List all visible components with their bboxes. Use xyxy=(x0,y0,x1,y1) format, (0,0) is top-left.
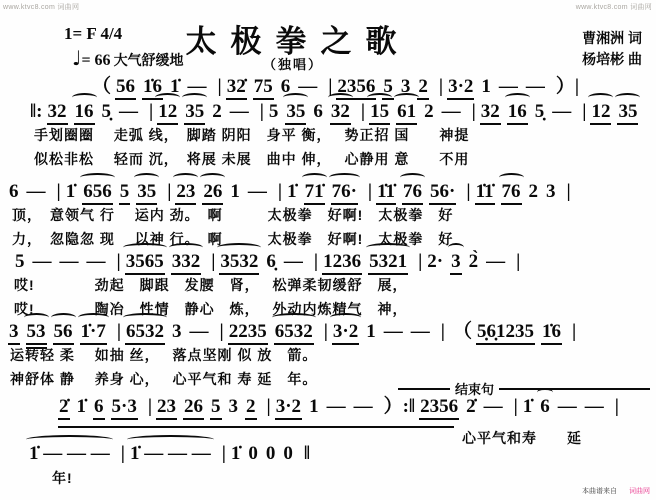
note-token: 1̇ xyxy=(65,181,77,203)
note-token: 3 xyxy=(8,321,20,345)
note-token: 35 xyxy=(184,101,205,125)
note-token: | xyxy=(219,321,225,343)
note-token: ‖ xyxy=(303,443,311,465)
note-token: 5̣ xyxy=(534,101,546,123)
note-token: 3565 xyxy=(125,251,165,275)
note-token: ‖: xyxy=(29,101,44,123)
note-token: — xyxy=(441,101,462,123)
note-token: | xyxy=(266,396,272,418)
note-token: 32 xyxy=(480,101,501,125)
note-token: 5 xyxy=(268,101,280,123)
note-token: 32 xyxy=(47,101,68,125)
note-token: | xyxy=(471,101,477,123)
note-token: 3 xyxy=(450,251,462,275)
note-token: — xyxy=(383,321,404,343)
note-token: 6 xyxy=(312,101,324,123)
note-token: 6 xyxy=(539,396,551,418)
note-token: 2 xyxy=(417,76,429,100)
note-token: | xyxy=(217,76,223,98)
music-line-4: 5———|3565332|35326̣—|12365321|2·32̀—| xyxy=(14,251,524,275)
melisma-extension-line xyxy=(58,426,454,428)
note-token: 1236 xyxy=(322,251,362,275)
note-token: 3 xyxy=(171,321,183,343)
note-token: 5̣ xyxy=(101,101,113,123)
note-token: 1̇ — — — xyxy=(28,443,111,465)
note-token: | xyxy=(116,321,122,343)
note-token: 0 xyxy=(265,443,277,465)
note-token: 26 xyxy=(183,396,204,420)
note-token: | xyxy=(210,251,216,273)
note-token: 5̣6̣1235 xyxy=(476,321,535,345)
note-token: | xyxy=(277,181,283,203)
note-token: — xyxy=(86,251,107,273)
sheet-music-page: www.ktvc8.com 词曲网 www.ktvc8.com 词曲网 1= F… xyxy=(0,0,656,500)
note-token: 2̇ xyxy=(58,396,70,420)
note-token: | xyxy=(581,101,587,123)
note-token: — xyxy=(326,396,347,418)
note-token: 656 xyxy=(82,181,113,205)
note-token: 0 xyxy=(247,443,259,465)
note-token: | xyxy=(440,321,446,343)
note-token: — xyxy=(557,396,578,418)
note-token: 6̣ xyxy=(265,251,277,273)
note-token: — xyxy=(32,251,53,273)
note-token: — xyxy=(118,101,139,123)
note-token: 5321 xyxy=(368,251,408,275)
watermark-top-left: www.ktvc8.com 词曲网 xyxy=(3,2,79,12)
note-token: 6532 xyxy=(274,321,314,345)
note-token: | xyxy=(56,181,62,203)
note-token: — xyxy=(353,396,374,418)
note-token: 12 xyxy=(157,101,178,125)
note-token: | xyxy=(566,181,572,203)
note-token: 2 xyxy=(528,181,540,203)
note-token: 2235 xyxy=(228,321,268,345)
lyrics-line-6: 心平气和寿 延 xyxy=(462,428,582,448)
note-token: 2· xyxy=(426,251,444,273)
note-token: — xyxy=(247,181,268,203)
note-token: 1̇ xyxy=(76,396,88,418)
lyricist-credit: 曹湘洲 词 xyxy=(582,28,642,49)
credits: 曹湘洲 词 杨培彬 曲 xyxy=(582,28,642,70)
note-token: — xyxy=(483,396,504,418)
note-token: 2 xyxy=(423,101,435,123)
note-token: 76 xyxy=(501,181,522,205)
note-token: 3·2 xyxy=(447,76,474,100)
note-token: 5 xyxy=(14,251,26,273)
note-token: | xyxy=(614,396,620,418)
note-token: — xyxy=(584,396,605,418)
note-token: 2 xyxy=(245,396,257,420)
note-token: | xyxy=(360,101,366,123)
note-token: 3 xyxy=(545,181,557,203)
note-token: | xyxy=(465,181,471,203)
lyrics-line-4a: 哎! 劲起 脚跟 发腰 肾， 松弹柔韧缓舒 展， xyxy=(14,275,408,295)
lyrics-line-5b: 神舒体 静 养身 心， 心平气和 寿 延 年。 xyxy=(10,369,317,389)
note-token: 6532 xyxy=(125,321,165,345)
note-token: 1̇1̇ xyxy=(475,181,495,205)
note-token: 23 xyxy=(156,396,177,420)
note-token: （ xyxy=(452,321,473,343)
note-token: 1̇1̇ xyxy=(376,181,396,205)
note-token: — xyxy=(485,251,506,273)
music-line-3: 6—|1̇656535|23261—|1̇71̇76·|1̇1̇7656·|1̇… xyxy=(8,181,575,205)
note-token: 5·3 xyxy=(111,396,138,420)
lyrics-line-2b: 似松非松 轻而 沉， 将展 未展 曲中 伸， 心静用 意 不用 xyxy=(34,149,469,169)
note-token: 5 xyxy=(210,396,222,420)
note-token: | xyxy=(513,396,519,418)
note-token: — xyxy=(26,181,47,203)
ending-label-left-rule xyxy=(398,388,450,390)
composer-credit: 杨培彬 曲 xyxy=(582,49,642,70)
note-token: 35 xyxy=(285,101,306,125)
lyrics-line-7: 年! xyxy=(52,468,73,488)
music-line-7: 1̇ — — —|1̇ — — —|1̇000‖ xyxy=(28,443,314,465)
note-token: | xyxy=(367,181,373,203)
note-token: | xyxy=(438,76,444,98)
note-token: 3·2 xyxy=(275,396,302,420)
note-token: | xyxy=(148,101,154,123)
note-token: 16 xyxy=(74,101,95,125)
note-token: 2 xyxy=(211,101,223,123)
note-token: 6 xyxy=(8,181,20,203)
watermark-top-right: www.ktvc8.com 词曲网 xyxy=(576,2,652,12)
note-token: — xyxy=(189,321,210,343)
note-token: 332 xyxy=(171,251,202,275)
note-token: 32 xyxy=(330,101,351,125)
note-token: | xyxy=(120,443,126,465)
note-token: 15 xyxy=(369,101,390,125)
note-token: ）| xyxy=(555,76,580,98)
note-token: 1 xyxy=(229,181,241,203)
note-token: 23 xyxy=(175,181,196,205)
note-token: 71̇ xyxy=(304,181,325,205)
note-token: 35 xyxy=(617,101,638,125)
note-token: 16 xyxy=(507,101,528,125)
note-token: 76· xyxy=(331,181,358,205)
lyrics-line-5a: 运转轻 柔 如抽 丝， 落点坚刚 似 放 箭。 xyxy=(10,345,317,365)
note-token: 56· xyxy=(429,181,456,205)
note-token: 1̇ xyxy=(522,396,534,418)
note-token: 32̇ xyxy=(226,76,247,100)
note-token: 3·2 xyxy=(332,321,359,345)
note-token: | xyxy=(259,101,265,123)
note-token: | xyxy=(417,251,423,273)
note-token: 1̇ — — — xyxy=(129,443,212,465)
note-token: | xyxy=(323,321,329,343)
song-subtitle: （独唱） xyxy=(0,54,586,73)
note-token: 56 xyxy=(115,76,136,100)
note-token: — xyxy=(551,101,572,123)
note-token: | xyxy=(166,181,172,203)
note-token: 3 xyxy=(228,396,240,418)
note-token: | xyxy=(221,443,227,465)
note-token: 76 xyxy=(402,181,423,205)
ending-label-right-rule xyxy=(499,388,650,390)
note-token: 35 xyxy=(136,181,157,205)
source-watermark: 本曲谱来自 词曲网 xyxy=(582,486,650,496)
note-token: | xyxy=(571,321,577,343)
note-token: 1̇ xyxy=(230,443,242,465)
note-token: 75 xyxy=(253,76,274,100)
note-token: | xyxy=(515,251,521,273)
note-token: 1̇·7 xyxy=(80,321,107,345)
note-token: 61 xyxy=(396,101,417,125)
note-token: | xyxy=(147,396,153,418)
note-token: 56 xyxy=(53,321,74,345)
note-token: 2̀ xyxy=(468,251,480,273)
note-token: — xyxy=(283,251,304,273)
note-token: 26 xyxy=(202,181,223,205)
music-line-2: ‖:32165̣—|12352—|535632|15612—|32165̣—|1… xyxy=(26,101,644,125)
note-token: — xyxy=(59,251,80,273)
note-token: 1̇6 xyxy=(541,321,562,345)
note-token: 1 xyxy=(308,396,320,418)
note-token: 1 xyxy=(480,76,492,98)
note-token: 1̇ xyxy=(286,181,298,203)
note-token: | xyxy=(116,251,122,273)
note-token: ）:‖ xyxy=(383,396,417,418)
note-token: 5 xyxy=(119,181,131,205)
music-line-6: 2̇1̇65·3|2326532|3·21——）:‖23562̇—|1̇6——| xyxy=(58,396,623,420)
note-token: — xyxy=(229,101,250,123)
note-token: 0 xyxy=(282,443,294,465)
source-site-name: 词曲网 xyxy=(629,488,650,495)
source-prefix: 本曲谱来自 xyxy=(582,488,617,495)
note-token: 2̇ xyxy=(465,396,477,418)
note-token: 1 xyxy=(365,321,377,343)
note-token: 3532 xyxy=(219,251,259,275)
note-token: — xyxy=(410,321,431,343)
note-token: 12 xyxy=(590,101,611,125)
lyrics-line-2a: 手划圈圈 走弧 线， 脚踏 阴阳 身平 衡， 势正招 国 神提 xyxy=(34,125,469,145)
lyrics-line-3a: 顶， 意领气 行 运内 劲。 啊 太极拳 好啊! 太极拳 好 xyxy=(12,205,453,225)
note-token: 6 xyxy=(93,396,105,420)
note-token: | xyxy=(313,251,319,273)
note-token: 2356 xyxy=(419,396,459,420)
